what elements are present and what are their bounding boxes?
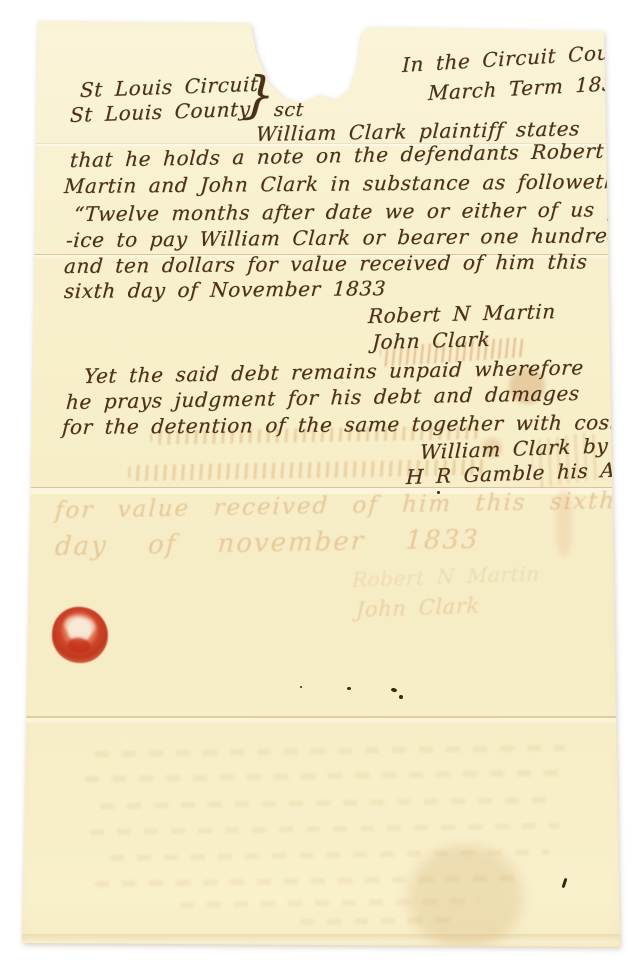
court-name-line: In the Circuit Court [402, 41, 629, 75]
ghost-signature: Robert N Martin [352, 563, 540, 590]
ghost-signature: John Clark [356, 596, 481, 621]
ink-speck [347, 687, 351, 690]
scan-background: In the Circuit Court March Term 1835 St … [0, 0, 640, 979]
body-line: Martin and John Clark in substance as fo… [63, 171, 618, 196]
ghost-row [110, 849, 550, 861]
fold-crease [20, 716, 620, 723]
ghost-row [100, 797, 560, 809]
ghost-row [180, 898, 480, 908]
document-paper: In the Circuit Court March Term 1835 St … [0, 0, 640, 979]
ink-speck [391, 687, 398, 692]
ink-speck [399, 695, 403, 699]
closing-line: for the detention of the same together w… [61, 412, 629, 437]
venue-line-circuit: St Louis Circuit [80, 74, 259, 100]
attorney-signature: H R Gamble his Atts [406, 459, 640, 487]
ghost-text-line: day of november 1833 [54, 527, 480, 560]
ghost-row [95, 745, 565, 758]
body-line: that he holds a note on the defendants R… [69, 140, 634, 170]
ghost-row [300, 917, 450, 925]
ghost-row [85, 770, 565, 783]
fold-crease [20, 934, 620, 943]
venue-sct-abbrev: sct [273, 101, 304, 120]
ghost-row [95, 875, 525, 887]
ghost-text-line: for value received of him this sixth [54, 490, 616, 523]
court-term-line: March Term 1835 [428, 72, 629, 103]
signature-john-clark: John Clark [372, 329, 491, 352]
ink-speck [300, 686, 302, 688]
venue-line-county: St Louis County [70, 99, 251, 125]
venue-brace: } [241, 70, 276, 120]
note-quote-line: -ice to pay William Clark or bearer one … [65, 225, 621, 250]
red-wax-seal [48, 603, 111, 666]
note-quote-line: “Twelve months after date we or either o… [73, 199, 640, 224]
paper-sheet: In the Circuit Court March Term 1835 St … [0, 0, 640, 979]
note-quote-line: sixth day of November 1833 [63, 278, 386, 301]
ink-speck [562, 878, 568, 888]
signature-robert-martin: Robert N Martin [368, 301, 557, 326]
note-quote-line: and ten dollars for value received of hi… [63, 251, 588, 276]
ghost-row [90, 823, 560, 836]
closing-line: he prays judgment for his debt and damag… [65, 383, 580, 412]
